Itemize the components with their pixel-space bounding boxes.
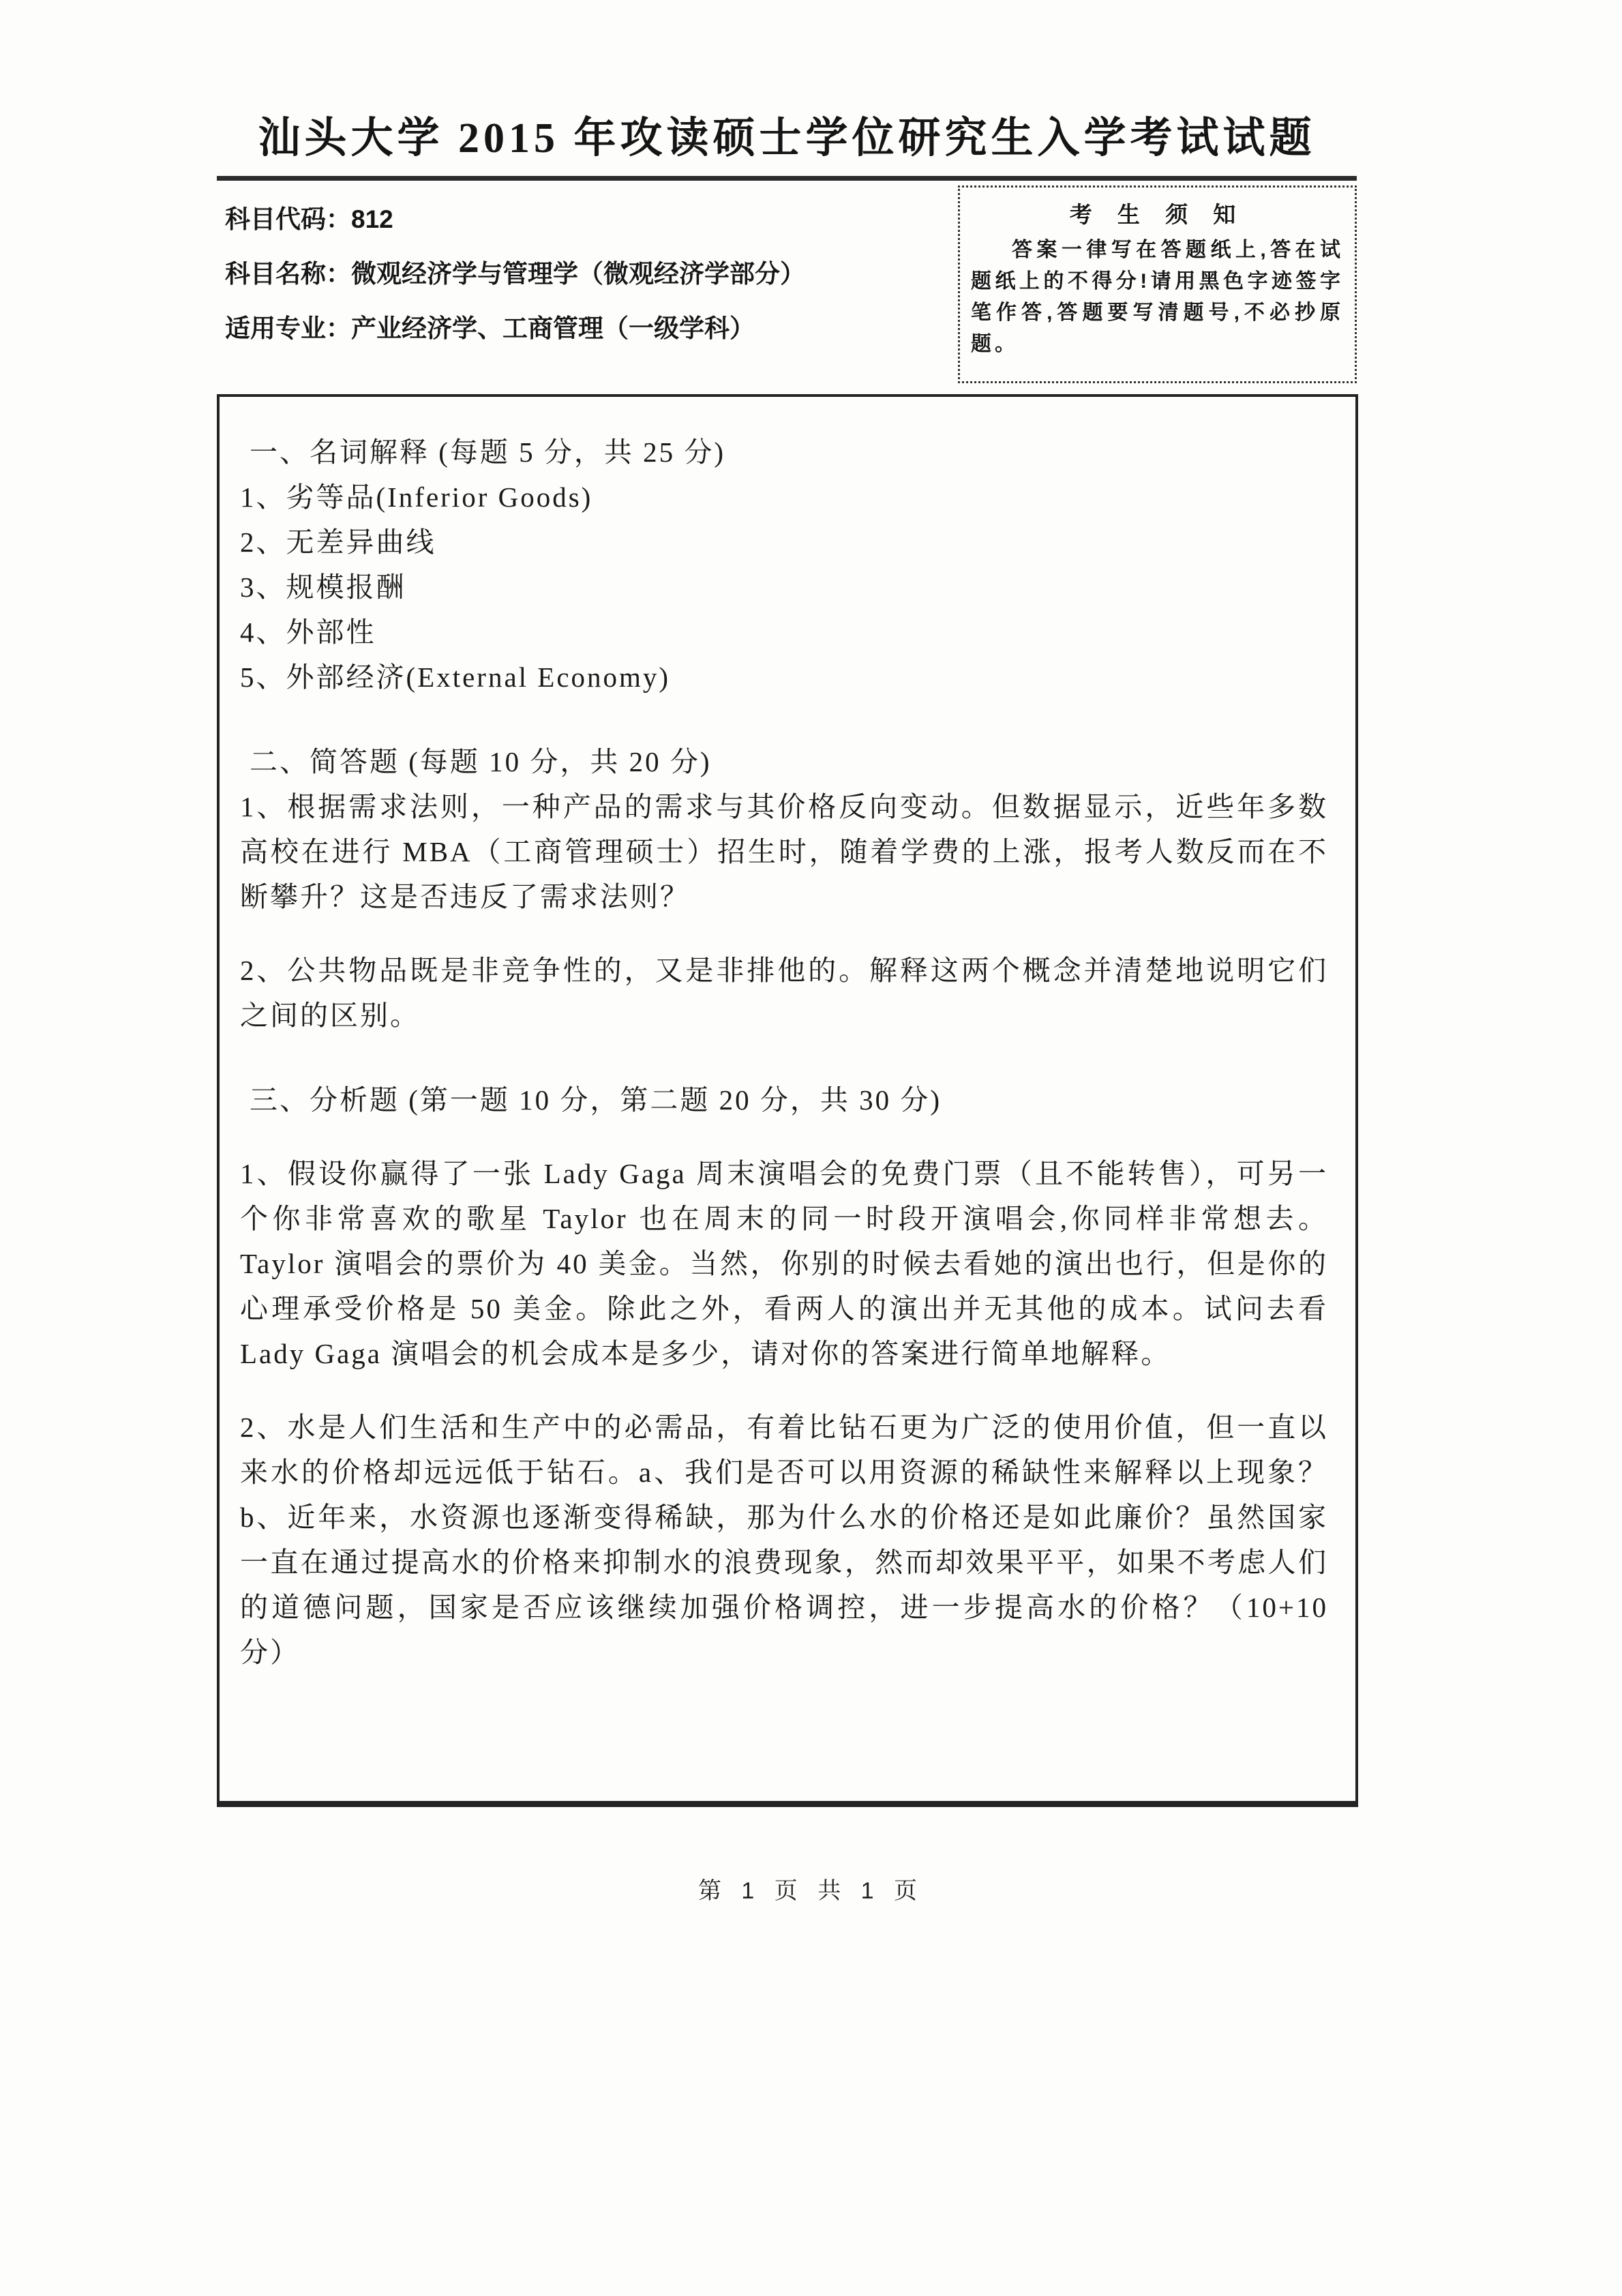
page-title: 汕头大学 2015 年攻读硕士学位研究生入学考试试题 [217,104,1357,164]
subject-major-value: 产业经济学、工商管理（一级学科） [351,314,755,342]
section-1-item-2: 2、无差异曲线 [240,520,1328,565]
notice-title: 考 生 须 知 [971,197,1344,229]
subject-major-label: 适用专业： [225,314,351,342]
section-3-question-1: 1、假设你赢得了一张 Lady Gaga 周末演唱会的免费门票（且不能转售），可… [240,1151,1328,1376]
subject-info-block: 科目代码：812 科目名称：微观经济学与管理学（微观经济学部分） 适用专业：产业… [225,205,948,368]
section-3-question-2: 2、水是人们生活和生产中的必需品，有着比钻石更为广泛的使用价值，但一直以来水的价… [240,1405,1328,1675]
section-2-heading: 二、简答题 (每题 10 分，共 20 分) [250,739,1328,784]
section-1-item-3: 3、规模报酬 [240,565,1328,610]
page-footer: 第 1 页 共 1 页 [0,1872,1622,1905]
questions-box: 一、名词解释 (每题 5 分，共 25 分) 1、劣等品(Inferior Go… [217,394,1358,1807]
section-3-heading: 三、分析题 (第一题 10 分，第二题 20 分，共 30 分) [250,1077,1328,1122]
title-divider [217,176,1357,181]
section-2-question-2: 2、公共物品既是非竞争性的，又是非排他的。解释这两个概念并清楚地说明它们之间的区… [240,948,1328,1038]
notice-body: 答案一律写在答题纸上,答在试题纸上的不得分!请用黑色字迹签字笔作答,答题要写清题… [971,235,1344,360]
subject-major-line: 适用专业：产业经济学、工商管理（一级学科） [225,314,948,344]
exam-paper-page: 汕头大学 2015 年攻读硕士学位研究生入学考试试题 科目代码：812 科目名称… [0,0,1622,2296]
subject-code-value: 812 [351,205,393,233]
subject-name-value: 微观经济学与管理学（微观经济学部分） [351,260,805,288]
section-1-item-4: 4、外部性 [240,610,1328,655]
section-2-question-1: 1、根据需求法则，一种产品的需求与其价格反向变动。但数据显示，近些年多数高校在进… [240,784,1328,919]
subject-code-label: 科目代码： [225,205,351,233]
subject-name-line: 科目名称：微观经济学与管理学（微观经济学部分） [225,259,948,289]
section-1-item-1: 1、劣等品(Inferior Goods) [240,475,1328,520]
section-1-heading: 一、名词解释 (每题 5 分，共 25 分) [250,430,1328,475]
notice-box: 考 生 须 知 答案一律写在答题纸上,答在试题纸上的不得分!请用黑色字迹签字笔作… [958,185,1357,383]
subject-code-line: 科目代码：812 [225,205,948,235]
subject-name-label: 科目名称： [225,260,351,288]
section-1-item-5: 5、外部经济(External Economy) [240,655,1328,700]
